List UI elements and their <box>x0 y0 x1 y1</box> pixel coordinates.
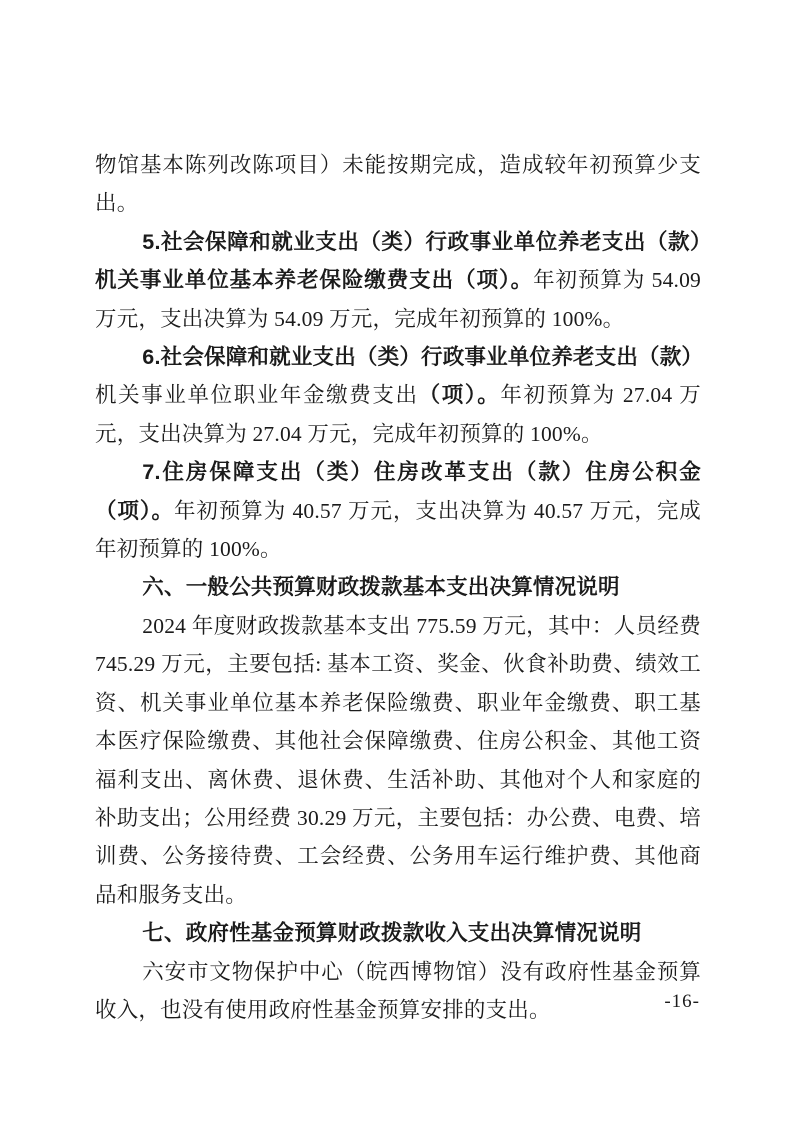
section-heading-7: 七、政府性基金预算财政拨款收入支出决算情况说明 <box>95 914 701 952</box>
item-6-heading-text: 6.社会保障和就业支出（类）行政事业单位养老支出（款） <box>142 345 703 369</box>
section-heading-6: 六、一般公共预算财政拨款基本支出决算情况说明 <box>95 568 701 606</box>
paragraph-item-6: 6.社会保障和就业支出（类）行政事业单位养老支出（款）机关事业单位职业年金缴费支… <box>95 338 701 453</box>
continuation-text: 物馆基本陈列改陈项目）未能按期完成，造成较年初预算少支出。 <box>95 153 701 215</box>
paragraph-section-7-body: 六安市文物保护中心（皖西博物馆）没有政府性基金预算收入，也没有使用政府性基金预算… <box>95 953 701 1030</box>
item-6-item-label-text: （项）。 <box>419 383 501 407</box>
paragraph-section-6-body: 2024 年度财政拨款基本支出 775.59 万元，其中：人员经费 745.29… <box>95 607 701 914</box>
paragraph-item-7: 7.住房保障支出（类）住房改革支出（款）住房公积金（项）。年初预算为 40.57… <box>95 453 701 568</box>
document-page: 物馆基本陈列改陈项目）未能按期完成，造成较年初预算少支出。 5.社会保障和就业支… <box>0 0 793 1122</box>
paragraph-continuation: 物馆基本陈列改陈项目）未能按期完成，造成较年初预算少支出。 <box>95 146 701 223</box>
document-content: 物馆基本陈列改陈项目）未能按期完成，造成较年初预算少支出。 5.社会保障和就业支… <box>95 146 701 1029</box>
paragraph-item-5: 5.社会保障和就业支出（类）行政事业单位养老支出（款）机关事业单位基本养老保险缴… <box>95 223 701 338</box>
item-6-subject-text: 机关事业单位职业年金缴费支出 <box>95 383 419 407</box>
page-number: -16- <box>664 991 700 1013</box>
item-7-body-text: 年初预算为 40.57 万元，支出决算为 40.57 万元，完成年初预算的 10… <box>95 499 701 561</box>
